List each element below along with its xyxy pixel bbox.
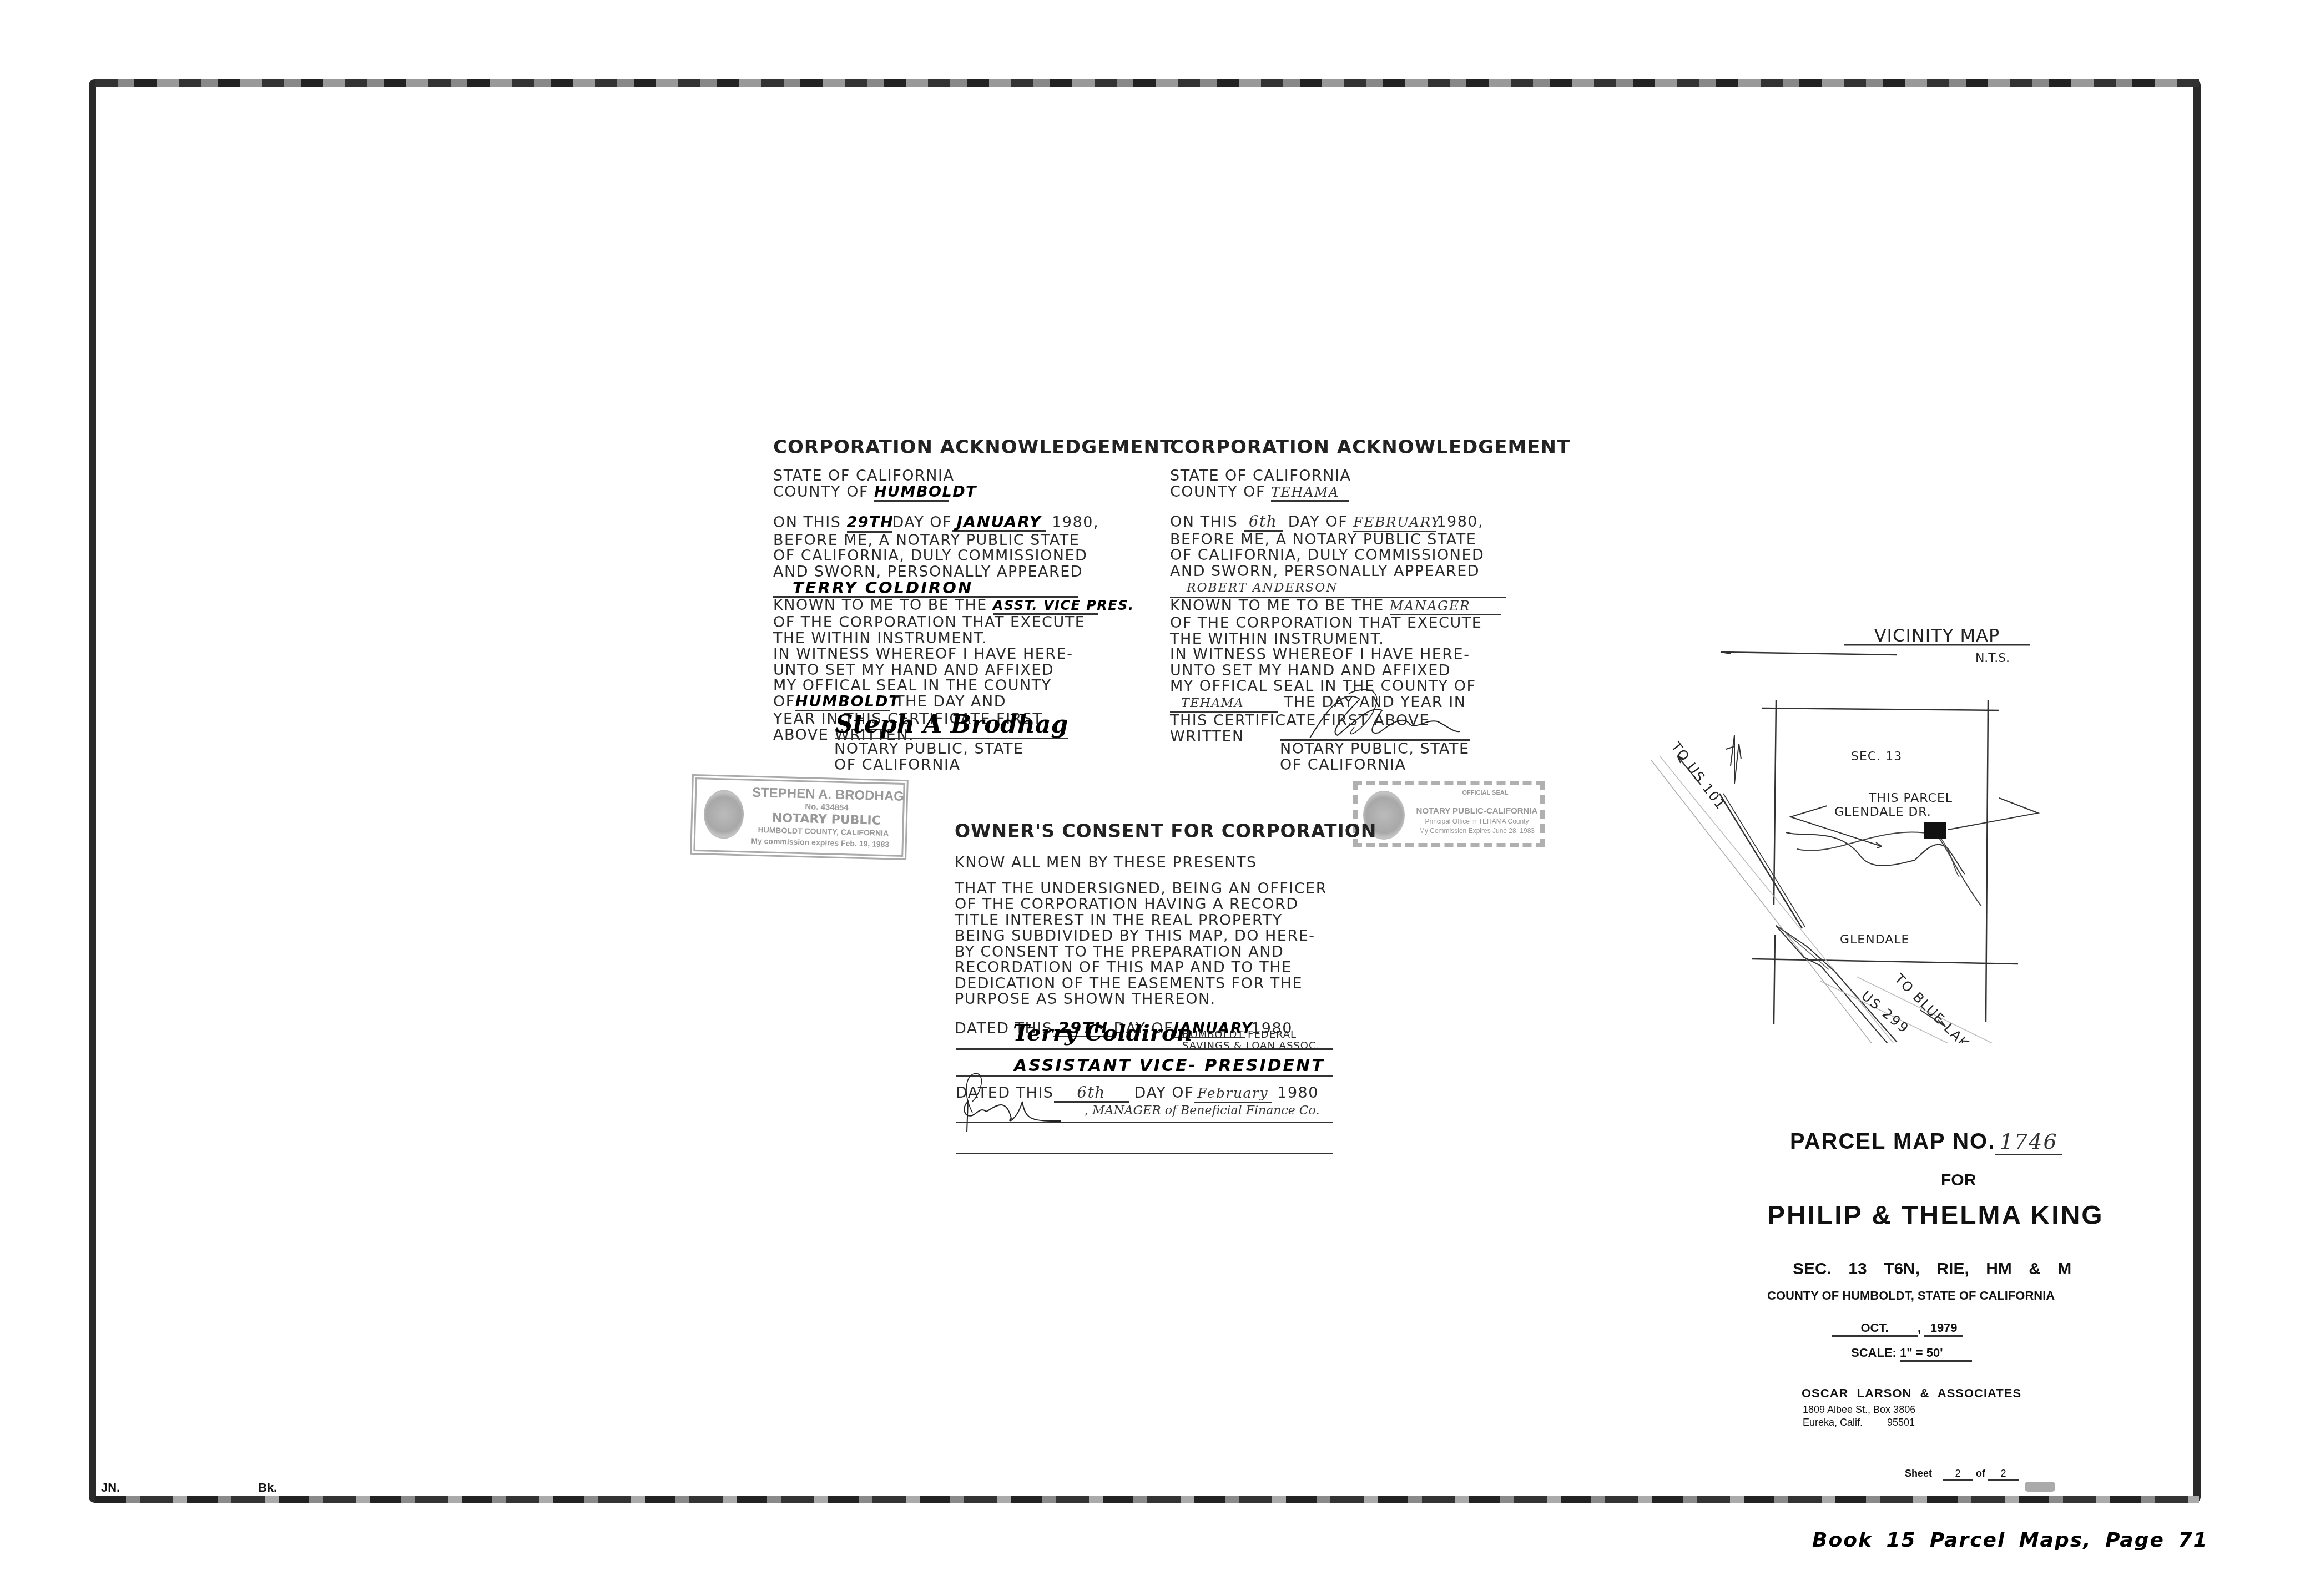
left-ack-county2-line: OFHUMBOLDT THE DAY AND bbox=[773, 694, 1173, 712]
owners-consent-line: BY CONSENT TO THE PREPARATION AND bbox=[955, 945, 1376, 961]
sheet-label: Sheet bbox=[1905, 1468, 1932, 1479]
on-this-label: ON THIS bbox=[773, 514, 841, 531]
org-line: SAVINGS & LOAN ASSOC. bbox=[1182, 1041, 1320, 1052]
firm-address: 1809 Albee St., Box 3806 bbox=[1803, 1404, 1915, 1416]
known-label: KNOWN TO ME TO BE THE bbox=[773, 597, 987, 614]
day-of-label: DAY OF bbox=[1288, 513, 1348, 531]
sheet-number: 2 bbox=[1943, 1468, 1973, 1481]
left-ack-line: IN WITNESS WHEREOF I HAVE HERE- bbox=[773, 647, 1173, 663]
left-ack-known-line: KNOWN TO ME TO BE THE ASST. VICE PRES. bbox=[773, 598, 1173, 615]
left-ack-line: THE WITHIN INSTRUMENT. bbox=[773, 631, 1173, 647]
legal-township: T6N, bbox=[1884, 1260, 1920, 1278]
parcel-map-number: 1746 bbox=[1995, 1129, 2062, 1155]
owner-org-1: HUMBOLDT FEDERAL SAVINGS & LOAN ASSOC. bbox=[1182, 1029, 1320, 1052]
known-label: KNOWN TO ME TO BE THE bbox=[1170, 597, 1384, 614]
left-notary-title: NOTARY PUBLIC, STATE OF CALIFORNIA bbox=[834, 741, 1023, 773]
day-value: 6th bbox=[1244, 514, 1283, 532]
legal-section: SEC. 13 bbox=[1793, 1260, 1867, 1278]
this-parcel-label: THIS PARCEL bbox=[1868, 791, 1953, 805]
glendale-dr-label: GLENDALE DR. bbox=[1834, 805, 1931, 819]
left-acknowledgement: CORPORATION ACKNOWLEDGEMENT STATE OF CAL… bbox=[773, 436, 1173, 743]
sheet-total: 2 bbox=[1988, 1468, 2019, 1481]
date-year: 1979 bbox=[1924, 1321, 1963, 1337]
seal-line2: NOTARY PUBLIC-CALIFORNIA bbox=[1410, 806, 1544, 816]
left-notary-signature: Steph A Brodhag bbox=[835, 712, 1068, 739]
left-ack-line: BEFORE ME, A NOTARY PUBLIC STATE bbox=[773, 533, 1173, 549]
right-ack-appeared-line: ROBERT ANDERSON bbox=[1170, 579, 1570, 598]
section-label: SEC. 13 bbox=[1851, 750, 1902, 764]
glendale-label: GLENDALE bbox=[1840, 933, 1909, 947]
right-ack-line: UNTO SET MY HAND AND AFFIXED bbox=[1170, 663, 1570, 679]
vicinity-map-scale-note: N.T.S. bbox=[1975, 651, 2010, 665]
appeared-value: ROBERT ANDERSON bbox=[1170, 580, 1506, 598]
scale-label: SCALE: bbox=[1851, 1346, 1897, 1360]
year-value: 1980, bbox=[1436, 513, 1484, 531]
jn-label: JN. bbox=[101, 1481, 120, 1495]
map-scale: SCALE: 1" = 50' bbox=[1851, 1346, 1972, 1362]
sheet-of: of bbox=[1976, 1468, 1985, 1479]
for-label: FOR bbox=[1941, 1171, 1976, 1190]
date-month: OCT. bbox=[1832, 1321, 1918, 1337]
right-ack-line: OF THE CORPORATION THAT EXECUTE bbox=[1170, 615, 1570, 632]
smudge-mark bbox=[2025, 1482, 2055, 1492]
right-notary-title: NOTARY PUBLIC, STATE OF CALIFORNIA bbox=[1280, 741, 1469, 773]
left-ack-state: STATE OF CALIFORNIA bbox=[773, 468, 1173, 484]
title-value: ASST. VICE PRES. bbox=[993, 598, 1098, 615]
right-ack-state: STATE OF CALIFORNIA bbox=[1170, 468, 1570, 484]
month-value: JANUARY bbox=[952, 514, 1046, 532]
this-parcel-marker bbox=[1924, 822, 1946, 839]
notary-line: OF CALIFORNIA bbox=[834, 757, 1023, 774]
day-of-label: DAY OF bbox=[892, 514, 952, 531]
right-ack-line: IN WITNESS WHEREOF I HAVE HERE- bbox=[1170, 647, 1570, 663]
border-top-band bbox=[95, 79, 2199, 87]
county2-value: HUMBOLDT bbox=[795, 694, 890, 712]
to-us101-label: TO US 101 bbox=[1668, 739, 1729, 813]
day-of-label: DAY OF bbox=[1134, 1084, 1194, 1102]
on-this-label: ON THIS bbox=[1170, 513, 1238, 531]
owners-consent-line: DEDICATION OF THE EASEMENTS FOR THE bbox=[955, 976, 1376, 992]
owner-signature-1: Terry Coldiron bbox=[1013, 1020, 1193, 1046]
right-ack-date-line: ON THIS 6th DAY OF FEBRUARY1980, bbox=[1170, 514, 1570, 532]
left-ack-county-line: COUNTY OF HUMBOLDT bbox=[773, 484, 1173, 502]
firm-zip: 95501 bbox=[1887, 1417, 1915, 1428]
day-and-label: THE DAY AND bbox=[895, 693, 1006, 710]
day-value: 29TH bbox=[847, 515, 892, 533]
seal-line4: My Commission Expires June 28, 1983 bbox=[1410, 827, 1544, 835]
left-notary-seal: STEPHEN A. BRODHAG No. 434854 NOTARY PUB… bbox=[690, 774, 909, 860]
sheet-indicator: Sheet 2 of 2 bbox=[1905, 1468, 2019, 1481]
dated-month: February bbox=[1194, 1085, 1272, 1103]
right-ack-heading: CORPORATION ACKNOWLEDGEMENT bbox=[1170, 436, 1570, 458]
owners-consent-line: TITLE INTEREST IN THE REAL PROPERTY bbox=[955, 913, 1376, 929]
vicinity-map: VICINITY MAP N.T.S. bbox=[1637, 610, 2081, 1043]
recording-note: Book 15 Parcel Maps, Page 71 bbox=[1812, 1529, 2208, 1552]
right-ack-line: BEFORE ME, A NOTARY PUBLIC STATE bbox=[1170, 532, 1570, 548]
seal-line1: OFFICIAL SEAL bbox=[1452, 790, 1519, 796]
left-ack-line: UNTO SET MY HAND AND AFFIXED bbox=[773, 663, 1173, 679]
right-ack-line: AND SWORN, PERSONALLY APPEARED bbox=[1170, 564, 1570, 580]
legal-meridian: HM & M bbox=[1986, 1260, 2071, 1278]
map-date: OCT.,1979 bbox=[1832, 1321, 1963, 1337]
county2-value: TEHAMA bbox=[1170, 696, 1278, 714]
notary-line: OF CALIFORNIA bbox=[1280, 757, 1469, 774]
dated-year: 1980 bbox=[1277, 1084, 1319, 1102]
left-ack-appeared-line: TERRY COLDIRON bbox=[773, 580, 1173, 598]
county-value: TEHAMA bbox=[1271, 484, 1349, 502]
bk-label: Bk. bbox=[258, 1481, 277, 1495]
right-notary-signature bbox=[1277, 688, 1476, 744]
signature-line-2: , MANAGER of Beneficial Finance Co. bbox=[956, 1106, 1333, 1123]
county-label: COUNTY OF bbox=[1170, 483, 1265, 501]
firm-name: OSCAR LARSON & ASSOCIATES bbox=[1802, 1386, 2021, 1401]
left-ack-line: AND SWORN, PERSONALLY APPEARED bbox=[773, 564, 1173, 580]
county-value: HUMBOLDT bbox=[874, 484, 949, 502]
owners-consent-line: PURPOSE AS SHOWN THEREON. bbox=[955, 992, 1376, 1008]
right-ack-county-line: COUNTY OF TEHAMA bbox=[1170, 484, 1570, 502]
org-line: HUMBOLDT FEDERAL bbox=[1182, 1029, 1320, 1041]
scale-value: 1" = 50' bbox=[1900, 1346, 1972, 1362]
owners-consent-line: OF THE CORPORATION HAVING A RECORD bbox=[955, 897, 1376, 913]
owner-title-2: , MANAGER of Beneficial Finance Co. bbox=[1085, 1104, 1319, 1118]
year-value: 1980, bbox=[1052, 514, 1099, 531]
vicinity-map-title: VICINITY MAP bbox=[1874, 625, 2000, 646]
owners-consent-line: BEING SUBDIVIDED BY THIS MAP, DO HERE- bbox=[955, 928, 1376, 945]
left-ack-line: MY OFFICAL SEAL IN THE COUNTY bbox=[773, 678, 1173, 694]
notary-line: NOTARY PUBLIC, STATE bbox=[834, 741, 1023, 757]
left-ack-line: OF CALIFORNIA, DULY COMMISSIONED bbox=[773, 548, 1173, 564]
notary-line: NOTARY PUBLIC, STATE bbox=[1280, 741, 1469, 757]
appeared-value: TERRY COLDIRON bbox=[773, 580, 1078, 598]
right-ack-known-line: KNOWN TO ME TO BE THE MANAGER bbox=[1170, 598, 1570, 616]
seal-line3: Principal Office in TEHAMA County bbox=[1410, 817, 1544, 825]
state-seal-emblem bbox=[703, 790, 744, 840]
county-state: COUNTY OF HUMBOLDT, STATE OF CALIFORNIA bbox=[1767, 1289, 2055, 1303]
owner-signature-2 bbox=[956, 1068, 1067, 1135]
left-ack-line: OF THE CORPORATION THAT EXECUTE bbox=[773, 615, 1173, 631]
county-label: COUNTY OF bbox=[773, 483, 869, 501]
right-ack-line: OF CALIFORNIA, DULY COMMISSIONED bbox=[1170, 548, 1570, 564]
owners-consent: OWNER'S CONSENT FOR CORPORATION KNOW ALL… bbox=[955, 820, 1376, 1038]
month-value: FEBRUARY bbox=[1353, 514, 1436, 532]
title-value: MANAGER bbox=[1390, 598, 1501, 616]
legal-range: RIE, bbox=[1936, 1260, 1969, 1278]
left-ack-date-line: ON THIS 29THDAY OFJANUARY 1980, bbox=[773, 514, 1173, 533]
seal-expires: My commission expires Feb. 19, 1983 bbox=[734, 836, 906, 849]
right-notary-seal: OFFICIAL SEAL NOTARY PUBLIC-CALIFORNIA P… bbox=[1353, 781, 1545, 847]
firm-city: Eureka, Calif. bbox=[1803, 1417, 1863, 1428]
parcel-map-label: PARCEL MAP NO. bbox=[1790, 1129, 1995, 1154]
left-ack-heading: CORPORATION ACKNOWLEDGEMENT bbox=[773, 436, 1173, 458]
owners-consent-line: THAT THE UNDERSIGNED, BEING AN OFFICER bbox=[955, 881, 1376, 897]
owners-name: PHILIP & THELMA KING bbox=[1767, 1200, 2104, 1231]
owners-consent-intro: KNOW ALL MEN BY THESE PRESENTS bbox=[955, 855, 1376, 871]
owners-consent-line: RECORDATION OF THIS MAP AND TO THE bbox=[955, 960, 1376, 976]
border-bottom-band bbox=[95, 1496, 2199, 1503]
signature-line-3 bbox=[956, 1153, 1333, 1154]
owners-consent-heading: OWNER'S CONSENT FOR CORPORATION bbox=[955, 820, 1376, 842]
right-ack-line: THE WITHIN INSTRUMENT. bbox=[1170, 632, 1570, 648]
legal-description: SEC. 13 T6N, RIE, HM & M bbox=[1793, 1260, 2071, 1279]
of-label: OF bbox=[773, 693, 795, 710]
parcel-map-title: PARCEL MAP NO.1746 bbox=[1790, 1129, 2062, 1155]
